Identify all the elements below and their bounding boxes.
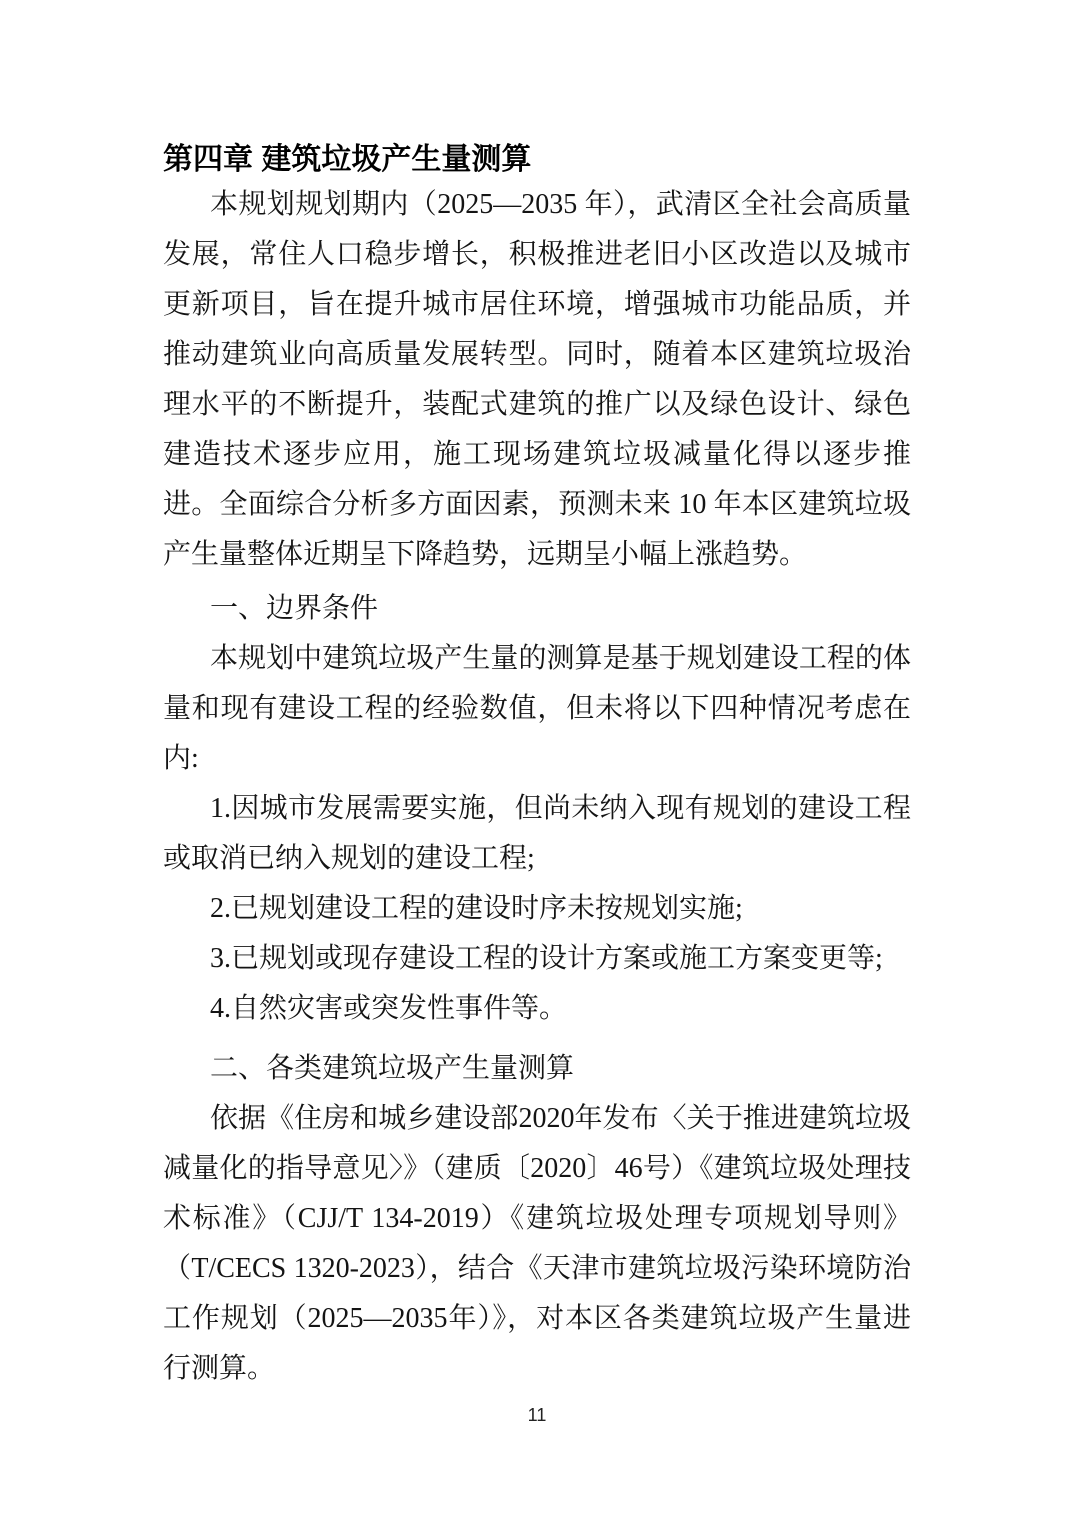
section-1-paragraph: 本规划中建筑垃圾产生量的测算是基于规划建设工程的体量和现有建设工程的经验数值，但… — [163, 634, 911, 784]
page-number: 11 — [0, 1404, 1074, 1426]
chapter-heading: 第四章 建筑垃圾产生量测算 — [163, 140, 911, 180]
list-item-1: 1.因城市发展需要实施，但尚未纳入现有规划的建设工程或取消已纳入规划的建设工程; — [163, 784, 911, 884]
list-item-2: 2.已规划建设工程的建设时序未按规划实施; — [163, 884, 911, 934]
intro-paragraph: 本规划规划期内（2025—2035 年），武清区全社会高质量发展，常住人口稳步增… — [163, 180, 911, 580]
page-content: 第四章 建筑垃圾产生量测算 本规划规划期内（2025—2035 年），武清区全社… — [163, 140, 911, 1394]
section-2-heading: 二、各类建筑垃圾产生量测算 — [163, 1044, 911, 1094]
section-1-heading: 一、边界条件 — [163, 584, 911, 634]
section-2-paragraph: 依据《住房和城乡建设部2020年发布〈关于推进建筑垃圾减量化的指导意见〉》（建质… — [163, 1094, 911, 1394]
document-page: 第四章 建筑垃圾产生量测算 本规划规划期内（2025—2035 年），武清区全社… — [0, 0, 1074, 1520]
list-item-3: 3.已规划或现存建设工程的设计方案或施工方案变更等; — [163, 934, 911, 984]
list-item-4: 4.自然灾害或突发性事件等。 — [163, 984, 911, 1034]
